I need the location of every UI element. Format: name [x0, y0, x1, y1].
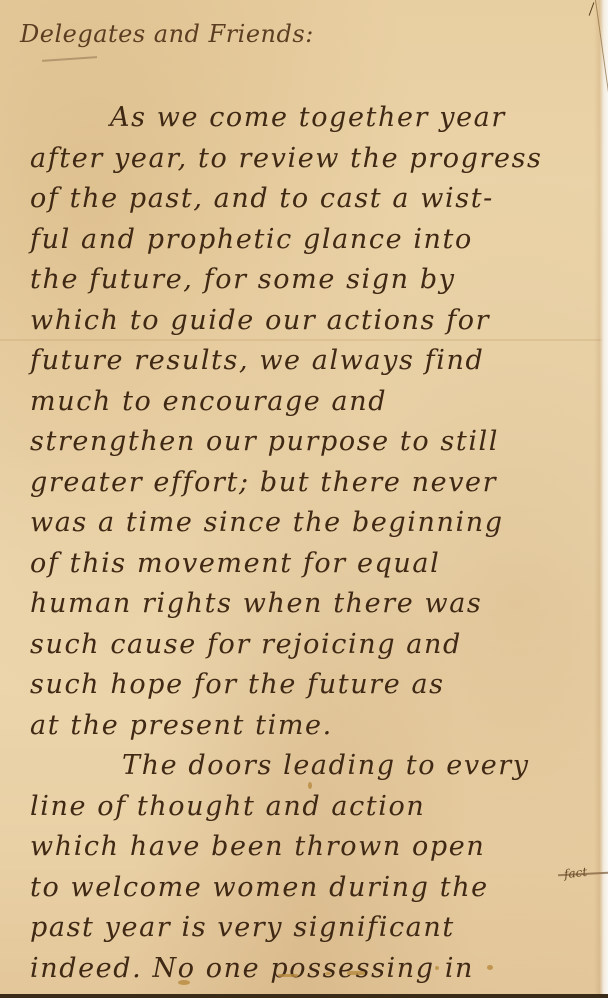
- salutation: Delegates and Friends:: [20, 20, 314, 48]
- ink-stain: [325, 972, 331, 975]
- text-line: the future, for some sign by: [30, 260, 600, 301]
- text-line: which have been thrown open: [30, 827, 600, 868]
- ink-stain: [487, 965, 493, 970]
- ink-stain: [435, 966, 439, 970]
- text-line: line of thought and action: [30, 787, 600, 828]
- text-line: of this movement for equal: [30, 544, 600, 585]
- text-line: The doors leading to every: [30, 746, 600, 787]
- correction-insertion: fact: [563, 865, 587, 881]
- ink-stain: [308, 782, 312, 789]
- text-line: As we come together year: [30, 98, 600, 139]
- text-line: at the present time.: [30, 706, 600, 747]
- text-line: greater effort; but there never: [30, 463, 600, 504]
- text-line: which to guide our actions for: [30, 301, 600, 342]
- text-line: to welcome women during the: [30, 868, 600, 909]
- manuscript-body: As we come together year after year, to …: [30, 98, 600, 989]
- text-line: was a time since the beginning: [30, 503, 600, 544]
- text-line: ful and prophetic glance into: [30, 220, 600, 261]
- ink-stain: [178, 980, 190, 985]
- text-line: strengthen our purpose to still: [30, 422, 600, 463]
- salutation-underline: [42, 56, 97, 62]
- text-line: future results, we always find: [30, 341, 600, 382]
- manuscript-page: Delegates and Friends: As we come togeth…: [0, 0, 608, 998]
- text-line: much to encourage and: [30, 382, 600, 423]
- text-line: indeed. No one possessing in: [30, 949, 600, 990]
- text-line: such hope for the future as: [30, 665, 600, 706]
- text-line: past year is very significant: [30, 908, 600, 949]
- text-line: after year, to review the progress: [30, 139, 600, 180]
- text-line: such cause for rejoicing and: [30, 625, 600, 666]
- scan-edge: [0, 994, 608, 998]
- ink-stain: [347, 971, 365, 975]
- ink-stain: [278, 974, 298, 977]
- text-line: human rights when there was: [30, 584, 600, 625]
- text-line: of the past, and to cast a wist-: [30, 179, 600, 220]
